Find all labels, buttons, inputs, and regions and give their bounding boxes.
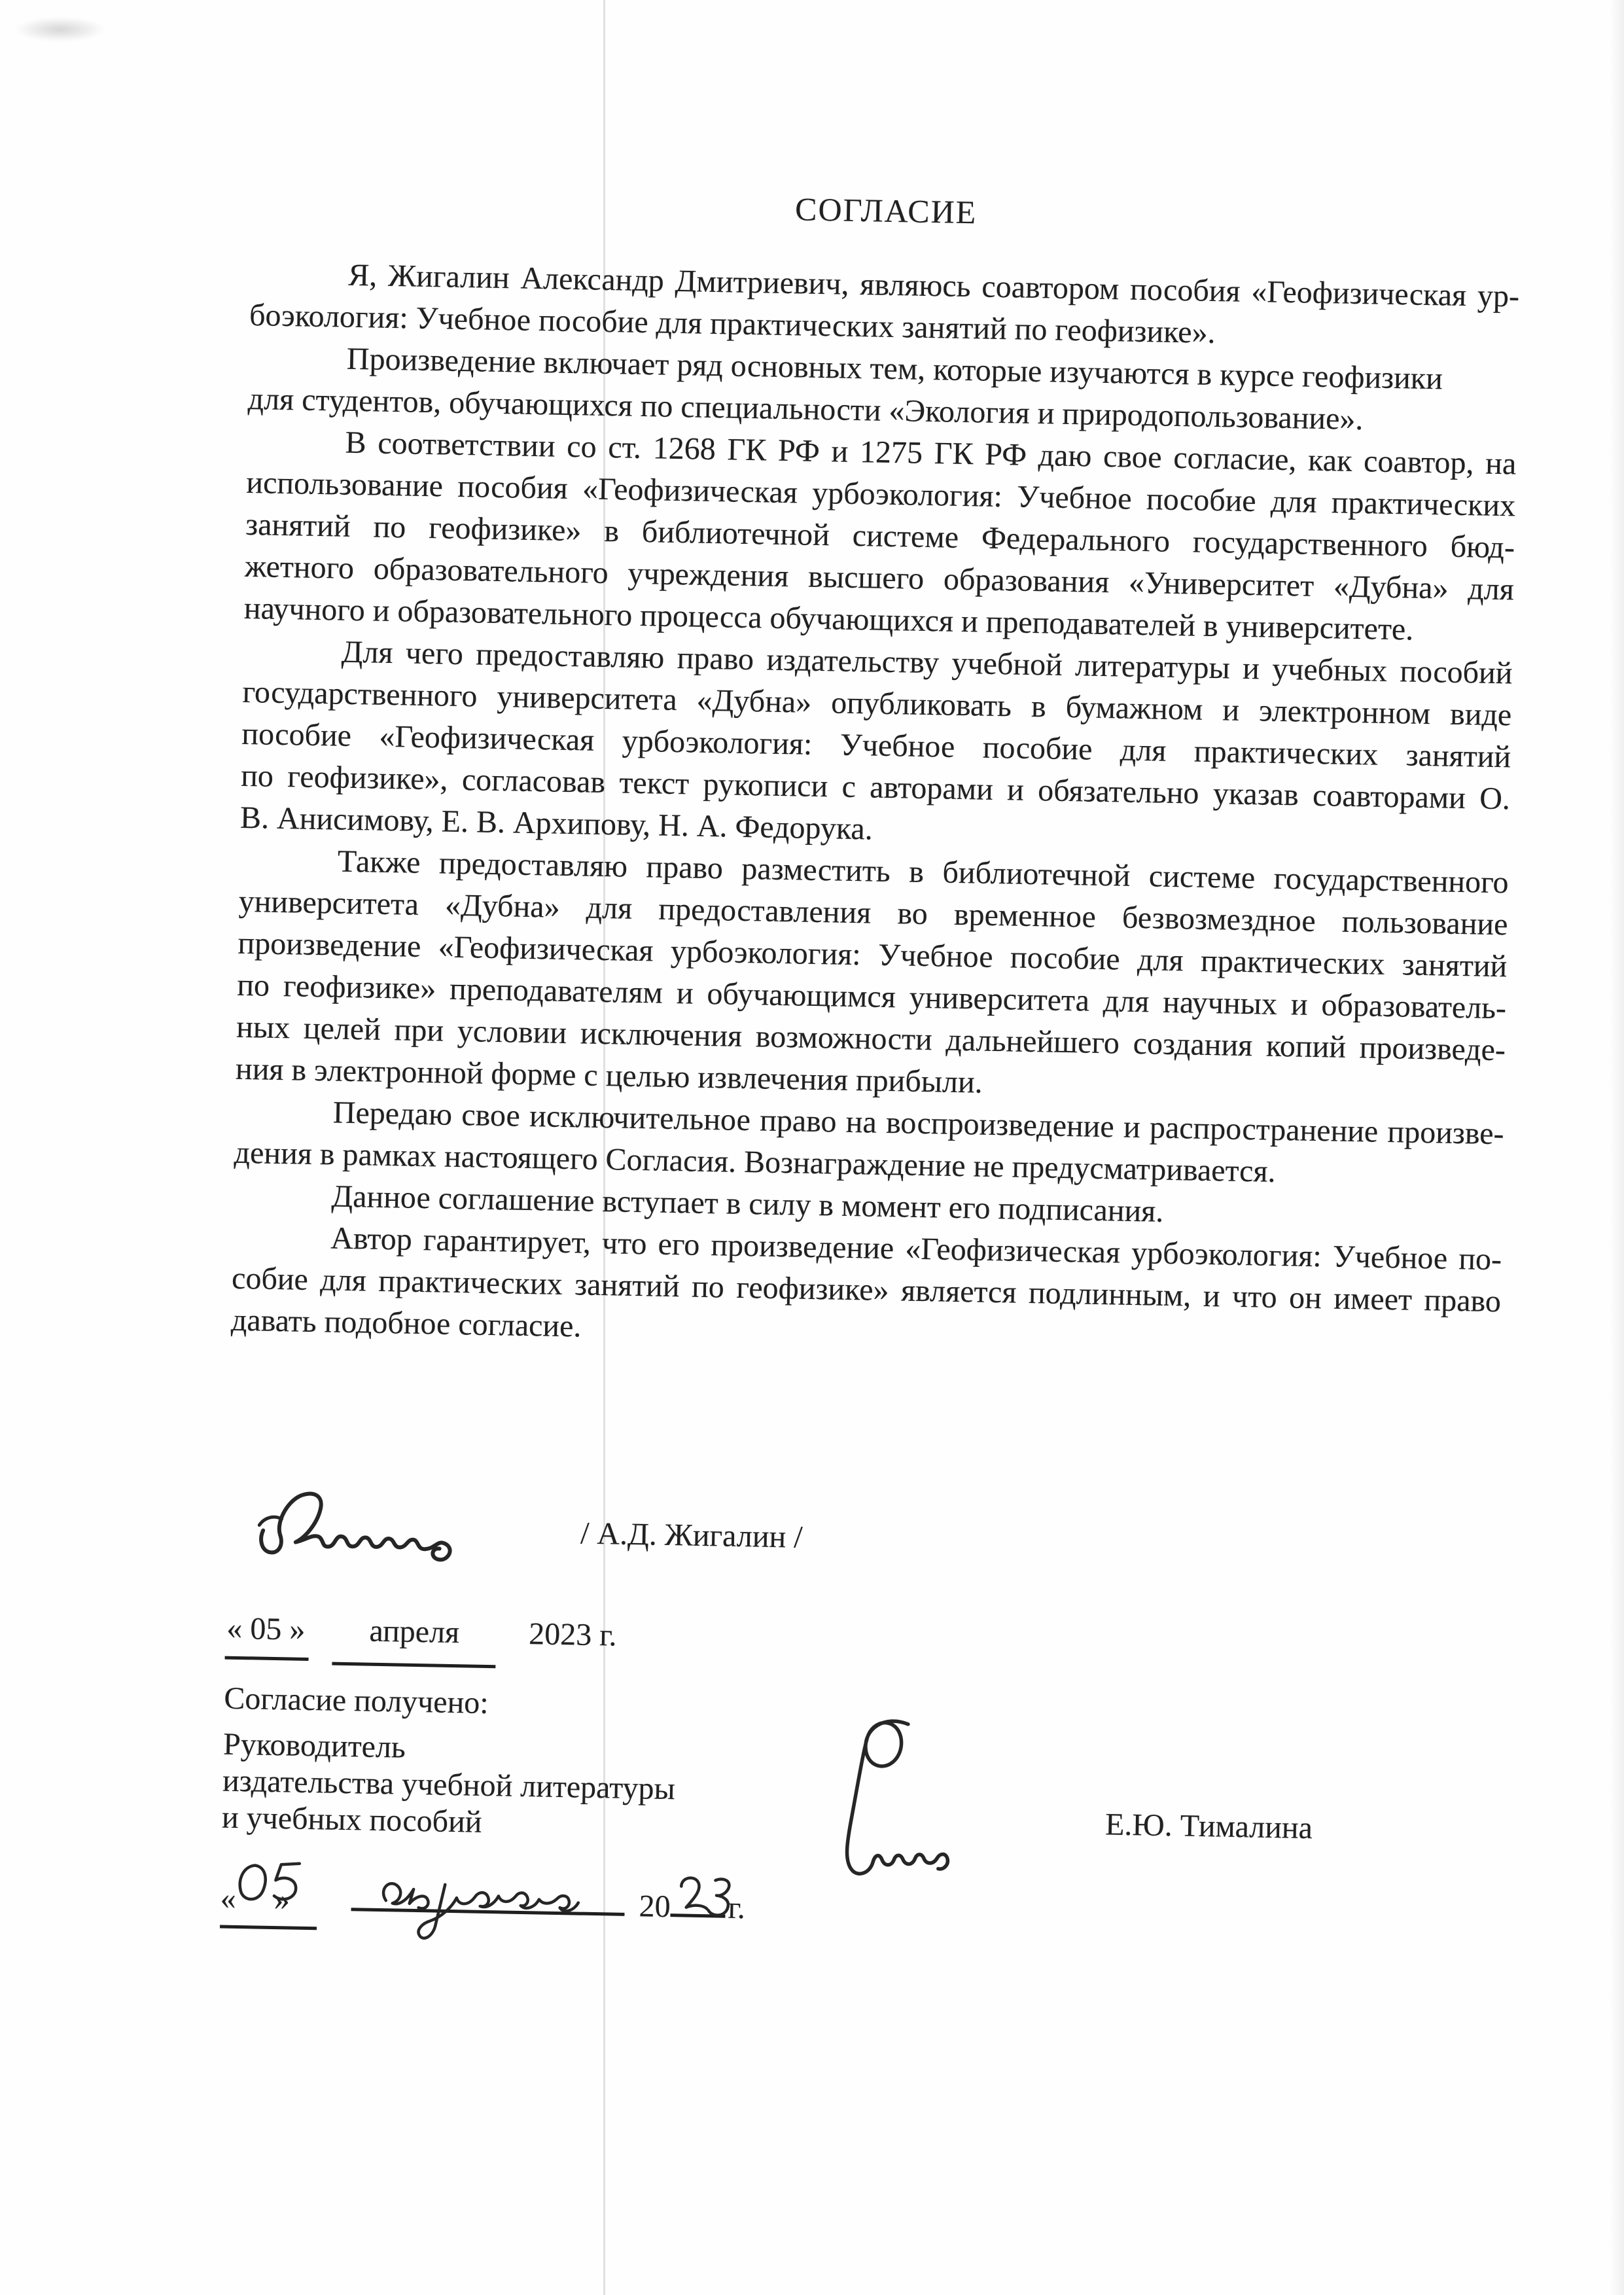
paragraph: Автор гарантирует, что его произведение … [230,1216,1502,1365]
received-label: Согласие получено: [224,1678,489,1724]
author-name: / А.Д. Жигалин / [580,1513,803,1559]
publisher-role: Руководитель издательства учебной литера… [222,1726,677,1845]
paragraph: Для чего предоставляю право издательству… [239,630,1513,862]
scan-smudge [14,17,106,42]
handwritten-month-icon [367,1860,617,1949]
author-date-month: апреля [332,1610,497,1669]
paragraph: Также предоставляю право разместить в би… [235,839,1509,1113]
author-date-day: « 05 » [225,1611,309,1661]
received-date-year-prefix: 20 [639,1889,671,1924]
handwritten-year-icon [671,1870,734,1921]
author-date-year: 2023 г. [529,1616,617,1652]
day-gap [236,1909,274,1910]
document-body: Я, Жигалин Александр Дмитриевич, являюсь… [230,253,1519,1364]
author-signature-icon [256,1487,493,1567]
document-content: СОГЛАСИЕ Я, Жигалин Александр Дмитриевич… [216,178,1521,2151]
page-edge-shade [1610,0,1624,2295]
paragraph: В соответствии со ст. 1268 ГК РФ и 1275 … [243,420,1517,652]
document-title: СОГЛАСИЕ [251,178,1521,243]
handwritten-day-icon [232,1857,311,1904]
publisher-signature-icon [808,1708,1008,1888]
publisher-name: Е.Ю. Тималина [1105,1804,1313,1849]
author-date-line: « 05 » апреля 2023 г. [224,1608,617,1671]
consent-document-page: СОГЛАСИЕ Я, Жигалин Александр Дмитриевич… [0,0,1624,2295]
